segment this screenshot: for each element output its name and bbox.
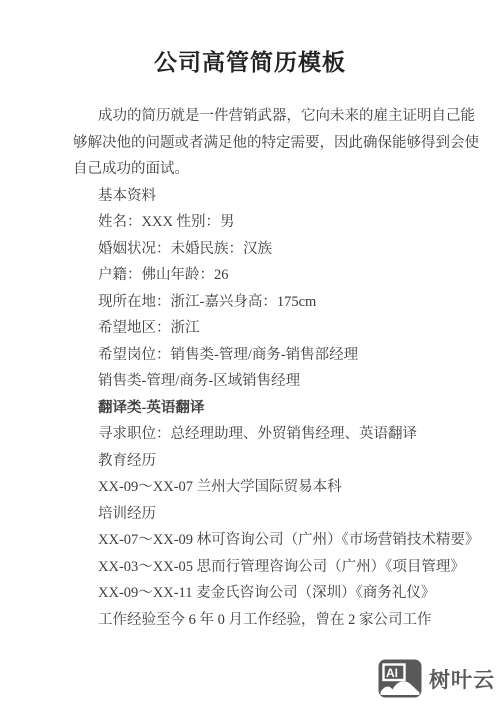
intro-paragraph-line: 自己成功的面试。: [73, 156, 445, 183]
document-body: 成功的简历就是一件营销武器，它向未来的雇主证明自己能 够解决他的问题或者满足他的…: [73, 103, 445, 633]
line-training-entry-3: XX-09～XX-11 麦金氏咨询公司（深圳）《商务礼仪》: [73, 580, 445, 607]
line-training-entry-2: XX-03～XX-05 思而行管理咨询公司（广州）《项目管理》: [73, 554, 445, 581]
watermark-brand-text: 树叶云: [429, 664, 495, 694]
line-marital-ethnicity: 婚姻状况：未婚民族：汉族: [73, 236, 445, 263]
page-title: 公司高管简历模板: [0, 44, 500, 77]
intro-paragraph-line: 够解决他的问题或者满足他的特定需要，因此确保能够得到会使: [73, 130, 445, 157]
section-heading-basic-info: 基本资料: [73, 183, 445, 210]
section-heading-education: 教育经历: [73, 448, 445, 475]
line-seeking-positions: 寻求职位：总经理助理、外贸销售经理、英语翻译: [73, 421, 445, 448]
line-work-experience-summary: 工作经验至今 6 年 0 月工作经验，曾在 2 家公司工作: [73, 607, 445, 634]
line-training-entry-1: XX-07～XX-09 林可咨询公司（广州）《市场营销技术精要》: [73, 527, 445, 554]
line-residence-age: 户籍：佛山年龄：26: [73, 262, 445, 289]
ai-image-icon: AI: [378, 659, 422, 698]
line-translation-category: 翻译类-英语翻译: [73, 395, 445, 422]
line-desired-position-1: 希望岗位：销售类-管理/商务-销售部经理: [73, 342, 445, 369]
section-heading-training: 培训经历: [73, 501, 445, 528]
line-name-gender: 姓名：XXX 性别：男: [73, 209, 445, 236]
line-desired-region: 希望地区：浙江: [73, 315, 445, 342]
watermark-logo: AI 树叶云: [378, 659, 495, 698]
line-location-height: 现所在地：浙江-嘉兴身高：175cm: [73, 289, 445, 316]
intro-paragraph-line: 成功的简历就是一件营销武器，它向未来的雇主证明自己能: [73, 103, 445, 130]
line-education-entry: XX-09～XX-07 兰州大学国际贸易本科: [73, 474, 445, 501]
ai-icon-label: AI: [386, 666, 398, 680]
document-page: 公司高管简历模板 成功的简历就是一件营销武器，它向未来的雇主证明自己能 够解决他…: [0, 0, 500, 707]
line-desired-position-2: 销售类-管理/商务-区域销售经理: [73, 368, 445, 395]
